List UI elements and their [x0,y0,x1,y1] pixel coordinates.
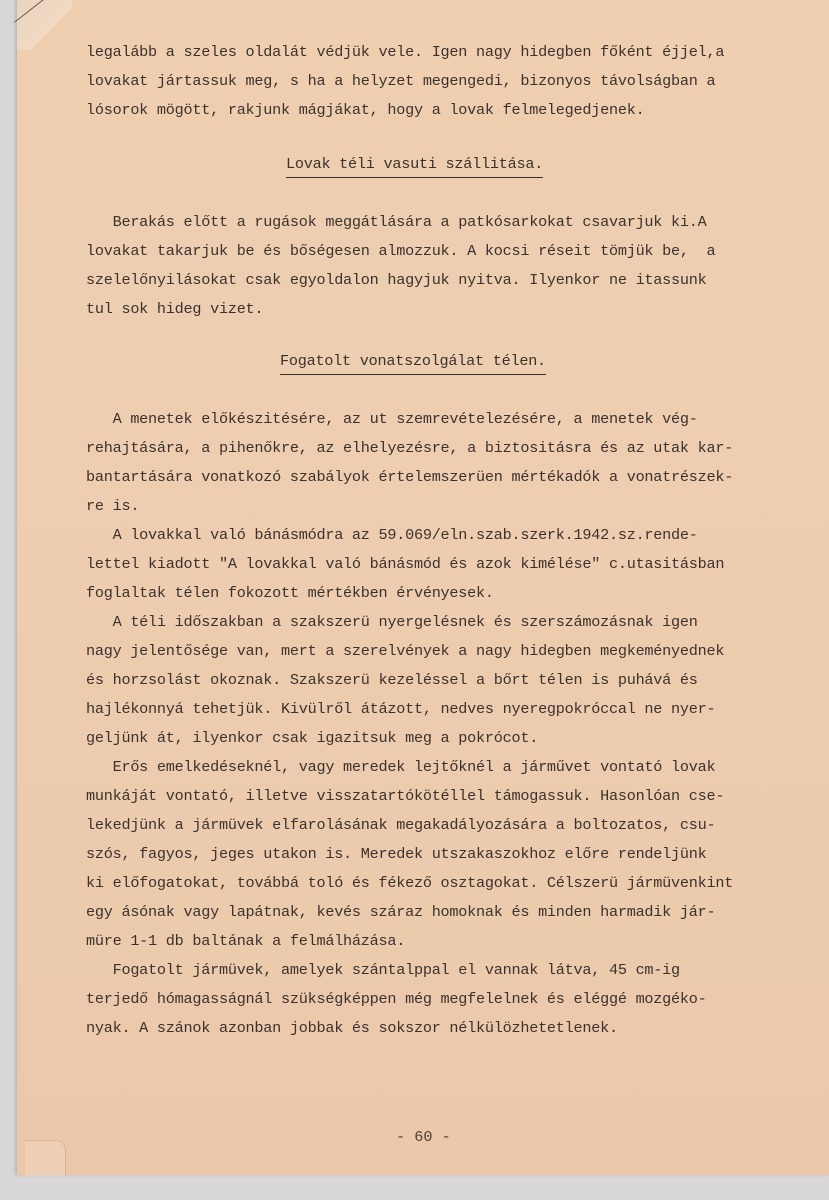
text-line: egy ásónak vagy lapátnak, kevés száraz h… [86,898,733,927]
text-line: re is. [86,492,733,521]
text-line: A lovakkal való bánásmódra az 59.069/eln… [86,521,733,550]
text-line: müre 1-1 db baltának a felmálházása. [86,927,733,956]
worn-corner [25,1140,66,1176]
text-line: nagy jelentősége van, mert a szerelvénye… [86,637,733,666]
text-line: Erős emelkedéseknél, vagy meredek lejtők… [86,753,733,782]
text-line: A menetek előkészitésére, az ut szemrevé… [86,405,733,434]
text-line: lovakat jártassuk meg, s ha a helyzet me… [86,67,724,96]
text-line: foglaltak télen fokozott mértékben érvén… [86,579,733,608]
text-line: ki előfogatokat, továbbá toló és fékező … [86,869,733,898]
text-line: Berakás előtt a rugások meggátlására a p… [86,208,715,237]
text-line: lovakat takarjuk be és bőségesen almozzu… [86,237,715,266]
section-heading-rail-transport: Lovak téli vasuti szállitása. [286,155,543,178]
text-line: és horzsolást okoznak. Szakszerü kezelés… [86,666,733,695]
section-body-rail-transport: Berakás előtt a rugások meggátlására a p… [86,208,715,324]
text-line: nyak. A szánok azonban jobbak és sokszor… [86,1014,733,1043]
text-line: terjedő hómagasságnál szükségképpen még … [86,985,733,1014]
intro-paragraph: legalább a szeles oldalát védjük vele. I… [86,38,724,125]
text-line: lósorok mögött, rakjunk mágjákat, hogy a… [86,96,724,125]
text-line: lettel kiadott "A lovakkal való bánásmód… [86,550,733,579]
text-line: Fogatolt jármüvek, amelyek szántalppal e… [86,956,733,985]
text-line: munkáját vontató, illetve visszatartóköt… [86,782,733,811]
text-line: hajlékonnyá tehetjük. Kivülről átázott, … [86,695,733,724]
text-line: A téli időszakban a szakszerü nyergelésn… [86,608,733,637]
section-body-winter-service: A menetek előkészitésére, az ut szemrevé… [86,405,733,1043]
page-number: - 60 - [396,1128,451,1146]
text-line: tul sok hideg vizet. [86,295,715,324]
text-line: szós, fagyos, jeges utakon is. Meredek u… [86,840,733,869]
text-line: geljünk át, ilyenkor csak igazitsuk meg … [86,724,733,753]
text-line: lekedjünk a jármüvek elfarolásának megak… [86,811,733,840]
section-heading-winter-service: Fogatolt vonatszolgálat télen. [280,352,546,375]
text-line: szelelőnyilásokat csak egyoldalon hagyju… [86,266,715,295]
text-line: legalább a szeles oldalát védjük vele. I… [86,38,724,67]
text-line: bantartására vonatkozó szabályok értelem… [86,463,733,492]
folded-corner [17,0,72,50]
text-line: rehajtására, a pihenőkre, az elhelyezésr… [86,434,733,463]
